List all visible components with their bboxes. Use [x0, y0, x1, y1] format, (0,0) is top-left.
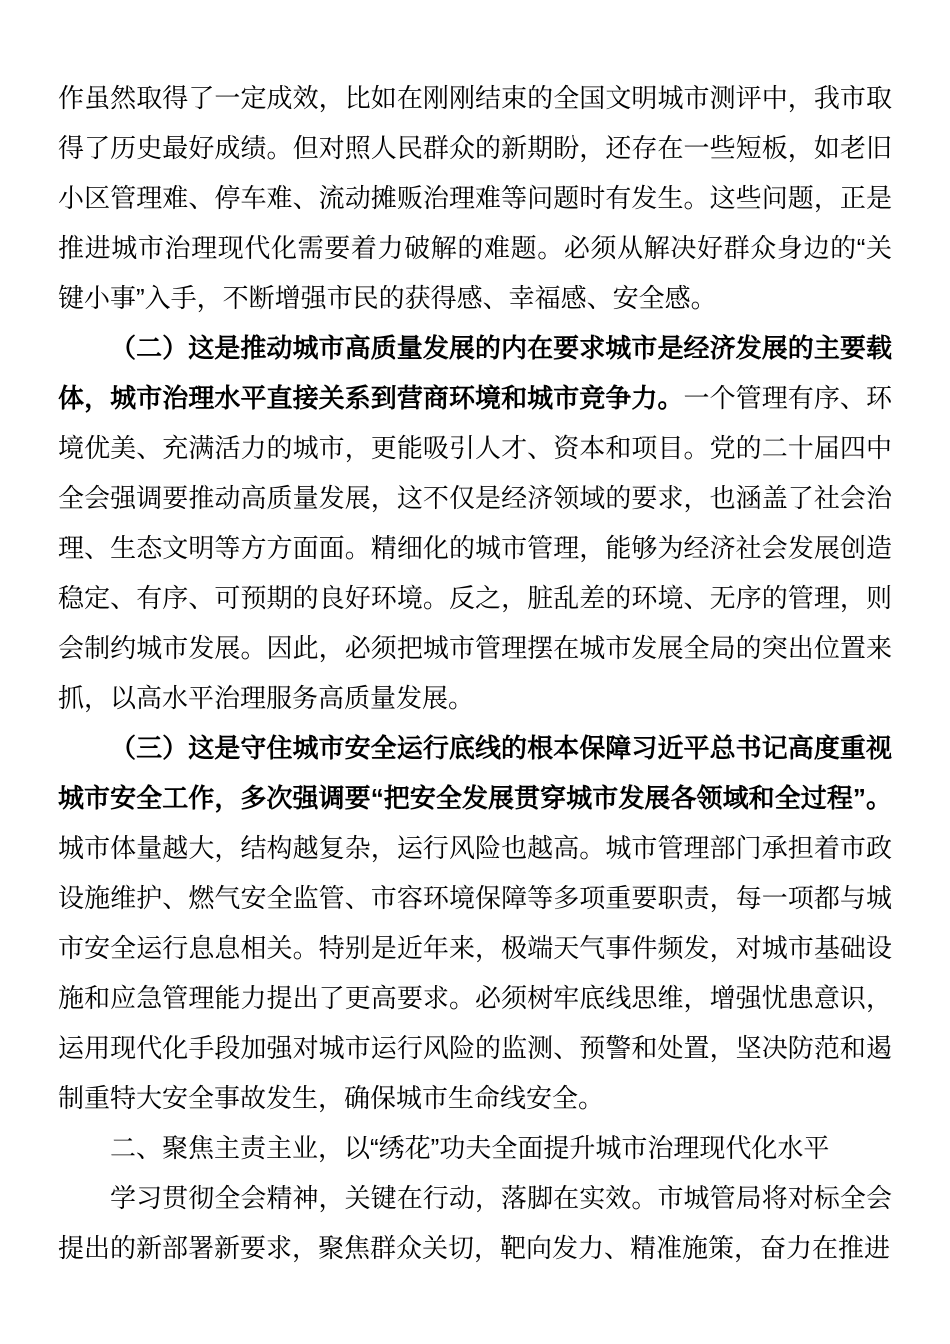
- paragraph-point-two: （二）这是推动城市高质量发展的内在要求城市是经济发展的主要载体，城市治理水平直接…: [58, 323, 892, 723]
- paragraph-text: 作虽然取得了一定成效，比如在刚刚结束的全国文明城市测评中，我市取得了历史最好成绩…: [58, 83, 892, 313]
- document-page: 作虽然取得了一定成效，比如在刚刚结束的全国文明城市测评中，我市取得了历史最好成绩…: [0, 0, 950, 1344]
- paragraph-continuation: 作虽然取得了一定成效，比如在刚刚结束的全国文明城市测评中，我市取得了历史最好成绩…: [58, 73, 892, 323]
- paragraph-action-plan: 学习贯彻全会精神，关键在行动，落脚在实效。市城管局将对标全会提出的新部署新要求，…: [58, 1173, 892, 1273]
- paragraph-lead-bold: （三）这是守住城市安全运行底线的根本保障习近平总书记高度重视城市安全工作，多次强…: [58, 733, 892, 813]
- paragraph-text: 一个管理有序、环境优美、充满活力的城市，更能吸引人才、资本和项目。党的二十届四中…: [58, 383, 892, 713]
- paragraph-point-three: （三）这是守住城市安全运行底线的根本保障习近平总书记高度重视城市安全工作，多次强…: [58, 723, 892, 1123]
- paragraph-text: 城市体量越大，结构越复杂，运行风险也越高。城市管理部门承担着市政设施维护、燃气安…: [58, 833, 892, 1113]
- paragraph-text: 学习贯彻全会精神，关键在行动，落脚在实效。市城管局将对标全会提出的新部署新要求，…: [58, 1183, 892, 1263]
- heading-section-two: 二、聚焦主责主业，以“绣花”功夫全面提升城市治理现代化水平: [58, 1123, 892, 1173]
- heading-text: 二、聚焦主责主业，以“绣花”功夫全面提升城市治理现代化水平: [110, 1133, 829, 1163]
